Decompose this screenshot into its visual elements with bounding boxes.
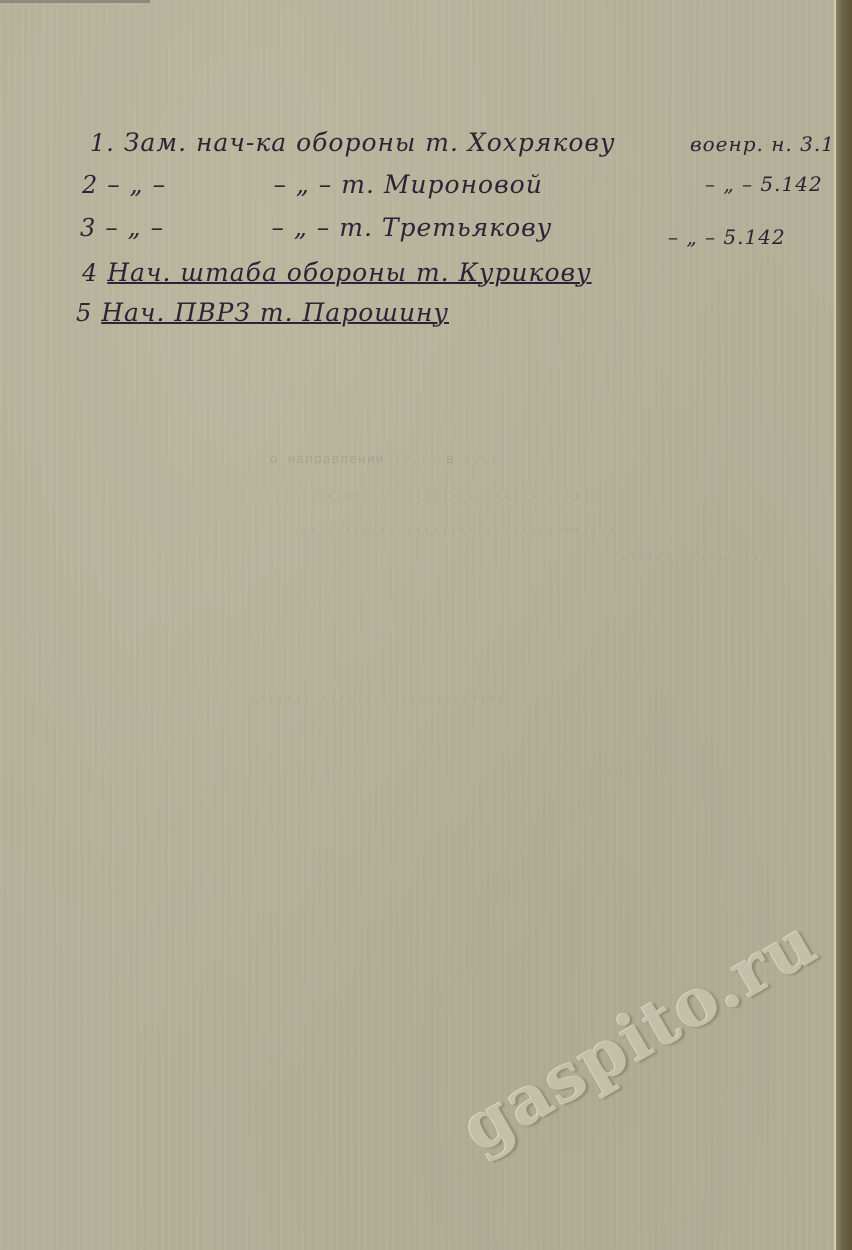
entry-text: Зам. нач-ка обороны т. Хохрякову [124,128,616,157]
document-page: 1. Зам. нач-ка обороны т. Хохрякову воен… [0,0,836,1250]
entry-3: 3 – „ – – „ – т. Третьякову [80,213,552,242]
entry-2-suffix: – „ – 5.142 [705,172,823,196]
entry-text: Нач. ПВРЗ т. Парошину [101,298,449,327]
top-edge-strip [0,0,150,3]
entry-number: 2 [82,171,98,199]
bleedthrough-line: ...... .......... [620,548,770,563]
page-edge-shadow [836,0,852,1250]
entry-text: – „ – – „ – т. Третьякову [105,213,552,242]
bleedthrough-line: о направлении ..... в .... [270,452,499,467]
entry-text: – „ – – „ – т. Мироновой [107,170,543,199]
entry-number: 4 [82,259,98,287]
bleedthrough-line: ....... ........ ............ [250,688,505,703]
bleedthrough-line: ........... ................. ...... [300,520,617,535]
entry-4: 4 Нач. штаба обороны т. Курикову [82,258,592,287]
bleedthrough-line: ....... .......... .................. ..… [230,486,600,501]
entry-number: 5 [76,299,92,327]
entry-3-suffix: – „ – 5.142 [668,225,786,249]
entry-number: 1. [90,129,115,157]
entry-number: 3 [80,214,96,242]
entry-1-suffix: военр. н. 3.142 [690,132,852,156]
entry-text: Нач. штаба обороны т. Курикову [107,258,591,287]
entry-5: 5 Нач. ПВРЗ т. Парошину [76,298,449,327]
entry-1: 1. Зам. нач-ка обороны т. Хохрякову [90,128,615,157]
watermark: gaspito.ru [448,902,830,1168]
entry-2: 2 – „ – – „ – т. Мироновой [82,170,543,199]
